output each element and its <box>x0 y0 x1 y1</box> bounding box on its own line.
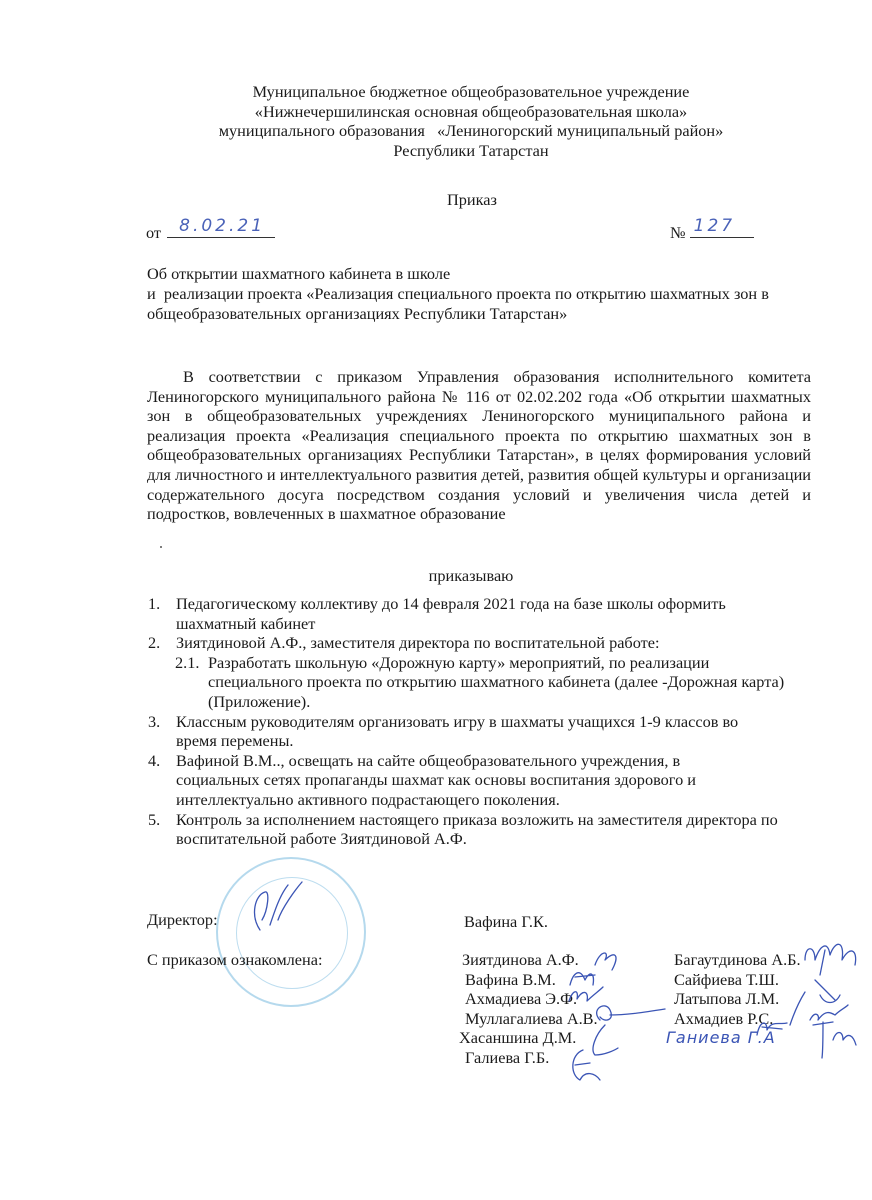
subject-line: общеобразовательных организациях Республ… <box>147 304 827 324</box>
acknowledged-name: Сайфиева Т.Ш. <box>674 970 801 990</box>
order-item-5: 5. Контроль за исполнением настоящего пр… <box>148 810 828 849</box>
order-item-1: 1. Педагогическому коллективу до 14 февр… <box>148 594 828 633</box>
director-label: Директор: <box>147 910 218 930</box>
signature-scribble <box>752 1015 792 1040</box>
header-line: «Нижнечершилинская основная общеобразова… <box>0 102 872 122</box>
number-field: № 127 <box>670 220 754 243</box>
order-items: 1. Педагогическому коллективу до 14 февр… <box>148 594 828 849</box>
preamble-paragraph: В соответствии с приказом Управления обр… <box>147 367 811 524</box>
date-underline: 8.02.21 <box>167 220 275 238</box>
director-name: Вафина Г.К. <box>464 912 548 932</box>
acknowledged-name: Муллагалиева А.В. <box>462 1009 598 1029</box>
order-item-3: 3. Классным руководителям организовать и… <box>148 712 828 751</box>
number-label: № <box>670 223 686 242</box>
date-label: от <box>146 223 161 242</box>
order-word: приказываю <box>0 566 872 586</box>
order-subject: Об открытии шахматного кабинета в школе … <box>147 264 827 324</box>
number-underline: 127 <box>690 220 754 238</box>
order-item-4: 4. Вафиной В.М.., освещать на сайте обще… <box>148 751 828 810</box>
header-line: муниципального образования «Лениногорски… <box>0 121 872 141</box>
header-line: Республики Татарстан <box>0 141 872 161</box>
document-title: Приказ <box>0 190 872 210</box>
handwritten-number: 127 <box>694 216 735 236</box>
acknowledged-name: Багаутдинова А.Б. <box>674 950 801 970</box>
handwritten-date: 8.02.21 <box>179 216 265 236</box>
header-line: Муниципальное бюджетное общеобразователь… <box>0 82 872 102</box>
signature-scribble <box>565 1045 605 1085</box>
scan-speck <box>160 546 162 548</box>
order-item-2: 2. Зиятдиновой А.Ф., заместителя директо… <box>148 633 828 653</box>
institution-header: Муниципальное бюджетное общеобразователь… <box>0 82 872 160</box>
order-item-2-1: 2.1. Разработать школьную «Дорожную карт… <box>148 653 828 712</box>
signature-scribble <box>808 1010 858 1060</box>
subject-line: Об открытии шахматного кабинета в школе <box>147 264 827 284</box>
director-signature <box>240 880 310 940</box>
subject-line: и реализации проекта «Реализация специал… <box>147 284 827 304</box>
acknowledged-label: С приказом ознакомлена: <box>147 950 322 970</box>
date-field: от 8.02.21 <box>146 220 275 243</box>
